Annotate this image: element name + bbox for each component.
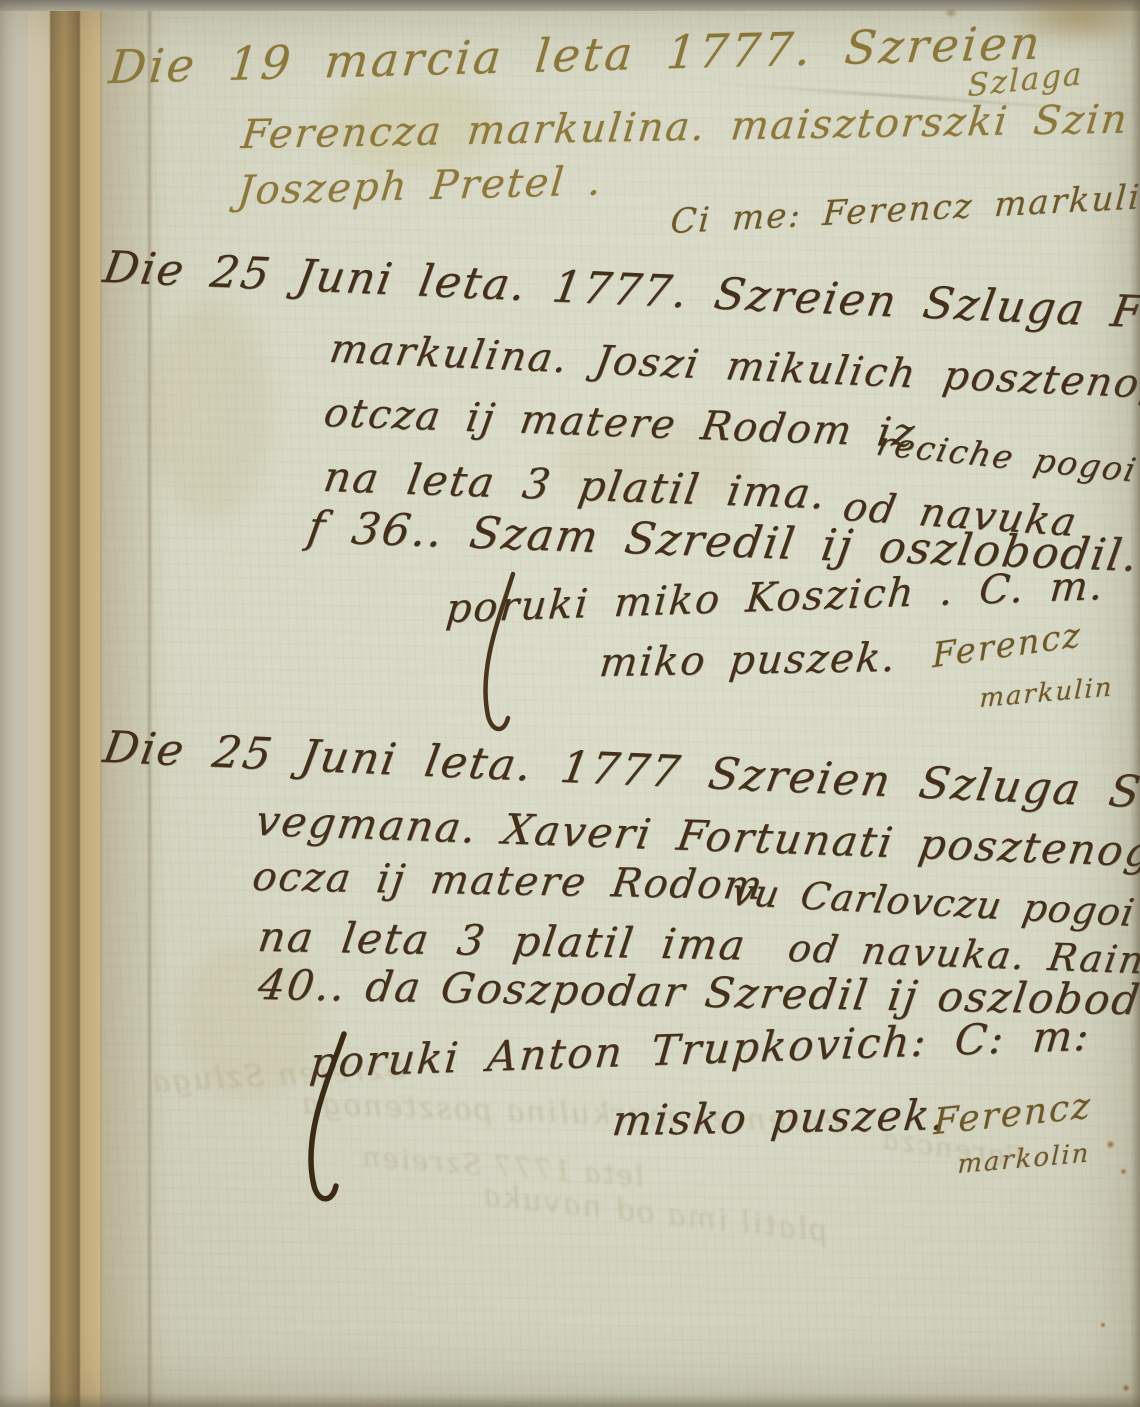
handwriting-line: ocza ij matere Rodom: [250, 854, 767, 909]
gutter-shadow: [100, 0, 170, 1407]
page-stack-edge: [28, 0, 52, 1407]
handwriting-line: Die 25 Juni leta. 1777. Szreien Szluga F…: [100, 242, 1140, 346]
signature-ferencz: Ferencz: [933, 1085, 1092, 1143]
handwriting-line: poruki miko Koszich . C. m.: [444, 563, 1107, 632]
signature-markulin: markulin: [979, 672, 1114, 714]
gutter-crease: [148, 0, 151, 1407]
handwriting-line: vu Carlovczu pogoi: [728, 870, 1138, 935]
handwriting-line: reciche pogoi: [873, 424, 1140, 490]
ink-bleedthrough: platil ima od navuka: [479, 1178, 830, 1249]
handwriting-line: otcza ij matere Rodom iz: [321, 390, 919, 456]
photo-top-edge: [0, 0, 1140, 11]
page-stack-edge: [80, 0, 102, 1407]
page-stack-edge: [0, 0, 30, 1407]
pen-flourish: [292, 1028, 362, 1208]
book-spine-fold: [50, 0, 82, 1407]
signature-ferencz: Ferencz: [932, 615, 1082, 676]
handwriting-line: poruki Anton Trupkovich: C: m:: [308, 1011, 1093, 1087]
handwriting-line: Die 19 marcia leta 1777. Szreien: [107, 16, 1045, 95]
foxing-spot: [1120, 1168, 1127, 1175]
photo-bottom-edge: [0, 1393, 1140, 1407]
manuscript-photo: Szreien Szluga Ferencza markulina poszte…: [0, 0, 1140, 1407]
handwriting-line: misko puszek.: [610, 1090, 949, 1145]
foxing-spot: [1106, 1140, 1115, 1149]
foxing-spot: [1100, 1322, 1106, 1328]
handwriting-line: Ferencza markulina. maisztorszki Szin: [239, 97, 1131, 159]
foxing-spot: [1122, 1384, 1130, 1392]
handwriting-line: Ci me: Ferencz markulin: [669, 176, 1140, 242]
foxing-spot: [944, 8, 958, 18]
pen-flourish: [468, 568, 528, 738]
handwriting-line: Joszeph Pretel .: [236, 158, 605, 214]
handwriting-line: miko puszek.: [597, 635, 899, 686]
